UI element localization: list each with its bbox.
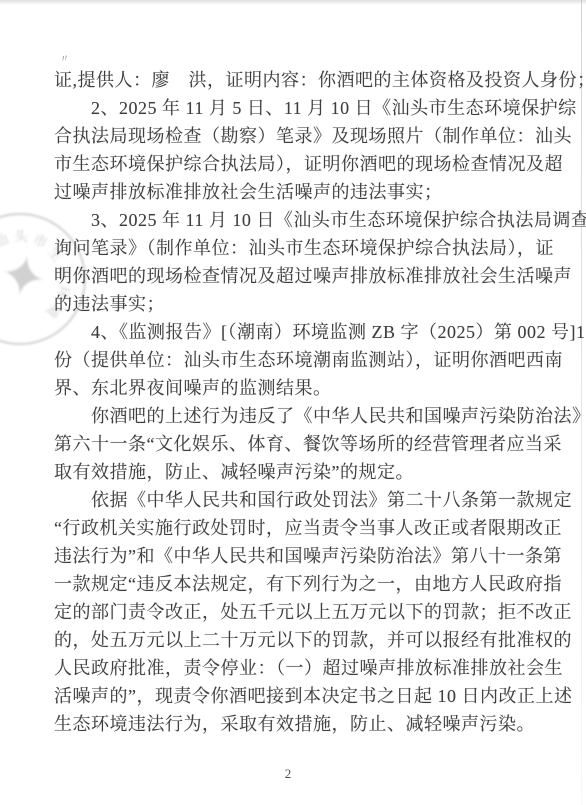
text-line: 你酒吧的上述行为违反了《中华人民共和国噪声污染防治法》 [54, 402, 564, 430]
scanned-document-page: ✦ 汕头市生态环境 〃 ʺ 证,提供人：廖 洪，证明内容：你酒吧的主体资格及投资… [0, 0, 586, 805]
text-line: 3、2025 年 11 月 10 日《汕头市生态环境保护综合执法局调查 [54, 206, 564, 234]
text-line: 2、2025 年 11 月 5 日、11 月 10 日《汕头市生态环境保护综 [54, 94, 564, 122]
text-line: 合执法局现场检查（勘察）笔录》及现场照片（制作单位：汕头 [54, 122, 564, 150]
text-line: 界、东北界夜间噪声的监测结果。 [54, 374, 564, 402]
text-line: “行政机关实施行政处罚时，应当责令当事人改正或者限期改正 [54, 514, 564, 542]
seal-rim-glyph: 头 [14, 226, 28, 246]
text-line: 明你酒吧的现场检查情况及超过噪声排放标准排放社会生活噪声 [54, 262, 564, 290]
text-line: 人民政府批准，责令停业：（一）超过噪声排放标准排放社会生 [54, 654, 564, 682]
page-number: 2 [0, 766, 576, 782]
text-line: 过噪声排放标准排放社会生活噪声的违法事实； [54, 178, 564, 206]
text-line: 第六十一条“文化娱乐、体育、餐饮等场所的经营管理者应当采 [54, 430, 564, 458]
scan-edge-shadow-top [0, 0, 586, 5]
text-line: 一款规定“违反本法规定，有下列行为之一，由地方人民政府指 [54, 570, 564, 598]
text-line: 定的部门责令改正，处五千元以上五万元以下的罚款；拒不改正 [54, 598, 564, 626]
text-line: 询问笔录》（制作单位：汕头市生态环境保护综合执法局），证 [54, 234, 564, 262]
text-line: 依据《中华人民共和国行政处罚法》第二十八条第一款规定 [54, 486, 564, 514]
text-line: 活噪声的”，现责令你酒吧接到本决定书之日起 10 日内改正上述 [54, 682, 564, 710]
text-line: 的，处五万元以上二十万元以下的罚款，并可以报经有批准权的 [54, 626, 564, 654]
text-line: 生态环境违法行为，采取有效措施，防止、减轻噪声污染。 [54, 710, 564, 738]
text-line: 证,提供人：廖 洪，证明内容：你酒吧的主体资格及投资人身份； [54, 66, 564, 94]
text-line: 份（提供单位：汕头市生态环境潮南监测站），证明你酒吧西南 [54, 346, 564, 374]
text-line: 市生态环境保护综合执法局），证明你酒吧的现场检查情况及超 [54, 150, 564, 178]
text-line: 4、《监测报告》[（潮南）环境监测 ZB 字（2025）第 002 号]1 [54, 318, 564, 346]
text-line: 取有效措施，防止、减轻噪声污染”的规定。 [54, 458, 564, 486]
scan-artifact: 〃 [59, 54, 71, 66]
document-text: 证,提供人：廖 洪，证明内容：你酒吧的主体资格及投资人身份；2、2025 年 1… [54, 66, 564, 738]
text-line: 的违法事实； [54, 290, 564, 318]
text-line: 违法行为”和《中华人民共和国噪声污染防治法》第八十一条第 [54, 542, 564, 570]
